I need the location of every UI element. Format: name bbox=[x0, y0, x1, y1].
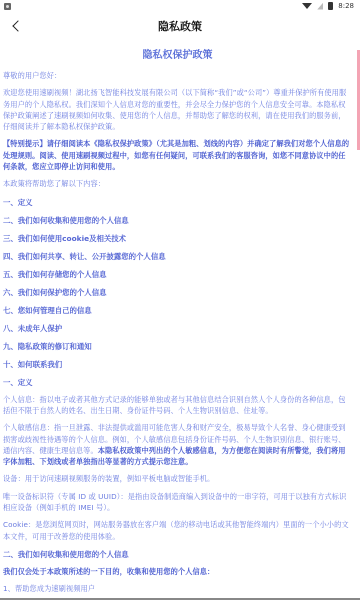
special-notice: 【特别提示】请仔细阅读本《隐私权保护政策》（尤其是加粗、划线的内容）并确定了解我… bbox=[3, 138, 352, 172]
status-time: 8:28 bbox=[338, 2, 354, 10]
toc-item-share[interactable]: 四、我们如何共享、转让、公开披露您的个人信息 bbox=[3, 251, 352, 262]
chevron-left-icon bbox=[12, 20, 23, 31]
toc-item-store[interactable]: 五、我们如何存储您的个人信息 bbox=[3, 269, 352, 280]
definition-personal-info: 个人信息：指以电子或者其他方式记录的能够单独或者与其他信息结合识别自然人个人身份… bbox=[3, 394, 352, 417]
battery-icon bbox=[328, 2, 333, 10]
section-2-intro: 我们仅会处于本政策所述的一下目的，收集和使用您的个人信息： bbox=[3, 566, 352, 577]
definition-sensitive-info: 个人敏感信息：指一旦泄露、非法提供或滥用可能危害人身和财产安全，极易导致个人名誉… bbox=[3, 422, 352, 467]
toc-item-protect[interactable]: 六、我们如何保护您的个人信息 bbox=[3, 287, 352, 298]
wifi-icon bbox=[302, 3, 312, 9]
document-title: 隐私权保护政策 bbox=[3, 47, 352, 65]
section-2-heading: 二、我们如何收集和使用您的个人信息 bbox=[3, 549, 352, 560]
page-title: 隐私政策 bbox=[158, 18, 202, 34]
toc-item-cookie[interactable]: 三、我们如何使用cookie及相关技术 bbox=[3, 233, 352, 244]
greeting: 尊敬的用户您好： bbox=[3, 70, 352, 81]
toc-item-definitions[interactable]: 一、定义 bbox=[3, 197, 352, 208]
toc-item-collect-use[interactable]: 二、我们如何收集和使用您的个人信息 bbox=[3, 215, 352, 226]
toc-item-minors[interactable]: 八、未成年人保护 bbox=[3, 323, 352, 334]
policy-content[interactable]: 隐私权保护政策 尊敬的用户您好： 欢迎您使用速刷视频！湖北扬飞智能科技发展有限公… bbox=[0, 40, 360, 600]
definition-cookie: Cookie：是您浏览网页时，网站服务器放在客户端（您的移动电话或其他智能终端内… bbox=[3, 519, 352, 542]
no-sim-icon bbox=[317, 3, 323, 10]
back-button[interactable] bbox=[6, 16, 26, 36]
definition-uuid: 唯一设备标识符（专属 ID 或 UUID）：是指由设备制造商编入到设备中的一串字… bbox=[3, 491, 352, 514]
section-2-item-1: 1、帮助您成为速刷视频用户 bbox=[3, 583, 352, 594]
status-right: 8:28 bbox=[302, 2, 354, 10]
status-bar: 8:28 bbox=[0, 0, 360, 12]
toc-item-contact[interactable]: 十、如何联系我们 bbox=[3, 359, 352, 370]
intro-paragraph: 欢迎您使用速刷视频！湖北扬飞智能科技发展有限公司（以下简称“我们”或“公司”）尊… bbox=[3, 87, 352, 132]
toc-item-revision[interactable]: 九、隐私政策的修订和通知 bbox=[3, 341, 352, 352]
toc-intro: 本政策将帮助您了解以下内容： bbox=[3, 178, 352, 189]
app-bar: 隐私政策 bbox=[0, 12, 360, 40]
definition-device: 设备：用于访问速刷视频服务的装置，例如平板电脑或智能手机。 bbox=[3, 473, 352, 484]
section-1-heading: 一、定义 bbox=[3, 377, 352, 388]
toc-item-manage[interactable]: 七、您如何管理自己的信息 bbox=[3, 305, 352, 316]
notification-icon bbox=[4, 3, 11, 10]
